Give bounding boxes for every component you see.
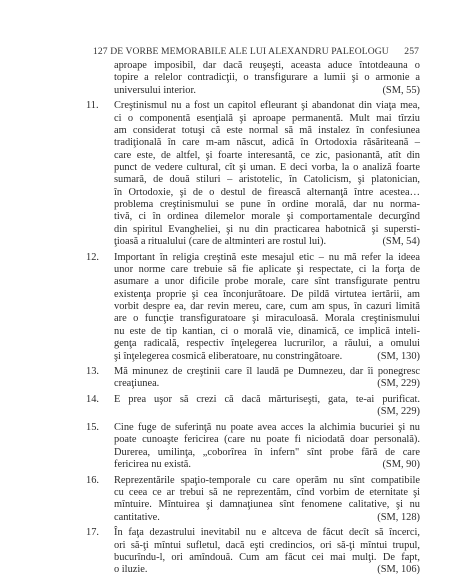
- continuation-paragraph: aproape imposibil, dar dacă reuşeşti, ac…: [86, 60, 420, 97]
- text-line: Important în religia creştină este mesaj…: [114, 252, 420, 264]
- text-line: din spiritul Evangheliei, şi nu din prac…: [114, 224, 420, 236]
- text-line: cu ceea ce ar trebui să ne reprezentăm, …: [114, 487, 420, 499]
- text-line: Creştinismul nu a fost un capitol efleur…: [114, 100, 420, 112]
- text-line: sumară, de două stiluri – aristotelic, î…: [114, 174, 420, 186]
- text-line: unor norme care trebuie să fie aplicate …: [114, 264, 420, 276]
- quote-item: 12.Important în religia creştină este me…: [86, 252, 420, 363]
- text-line: Durerea, umilinţa, „coborîrea în infern"…: [114, 447, 420, 459]
- source-citation: (SM, 229): [377, 378, 420, 390]
- text-line: punct de vedere cultural, cît şi uman. E…: [114, 162, 420, 174]
- text-line: universului interior.(SM, 55): [114, 85, 420, 97]
- source-citation: (SM, 229): [377, 406, 420, 418]
- text-line: tradiţională în care m-am născut, adică …: [114, 137, 420, 149]
- quote-item: 16.Reprezentările spaţio-temporale cu ca…: [86, 475, 420, 524]
- text-line: are o funcţie transfiguratoare şi miracu…: [114, 313, 420, 325]
- text-line: cantitative.(SM, 128): [114, 512, 420, 524]
- page-body: aproape imposibil, dar dacă reuşeşti, ac…: [86, 60, 420, 580]
- item-number: 16.: [86, 475, 108, 487]
- running-header: 127 DE VORBE MEMORABILE ALE LUI ALEXANDR…: [93, 46, 419, 57]
- source-citation: (SM, 130): [377, 351, 420, 363]
- running-title: 127 DE VORBE MEMORABILE ALE LUI ALEXANDR…: [93, 46, 389, 57]
- text-line: asumare a unor dificile probe morale, ca…: [114, 276, 420, 288]
- text-line: În faţa dezastrului inevitabil nu e altc…: [114, 527, 420, 539]
- item-number: 12.: [86, 252, 108, 264]
- text-line: mîntuire. Mîntuirea şi damnaţiunea sînt …: [114, 499, 420, 511]
- text-line: creaţiunea.(SM, 229): [114, 378, 420, 390]
- quote-list: 11.Creştinismul nu a fost un capitol efl…: [86, 100, 420, 577]
- quote-item: 14.E prea uşor să crezi că dacă mărturis…: [86, 394, 420, 419]
- quote-item: 17.În faţa dezastrului inevitabil nu e a…: [86, 527, 420, 576]
- text-line: care este, de altfel, şi foarte interesa…: [114, 150, 420, 162]
- text-line: tivă, ci în ordinea dilemelor morale şi …: [114, 211, 420, 223]
- source-citation: (SM, 55): [382, 85, 420, 97]
- text-line: Mă minunez de creştinii care îl laudă pe…: [114, 366, 420, 378]
- item-number: 14.: [86, 394, 108, 406]
- text-line: Cine fuge de suferinţă nu poate avea acc…: [114, 422, 420, 434]
- text-line: (SM, 229): [114, 406, 420, 418]
- quote-item: 15.Cine fuge de suferinţă nu poate avea …: [86, 422, 420, 471]
- source-citation: (SM, 128): [377, 512, 420, 524]
- text-line: Reprezentările spaţio-temporale cu care …: [114, 475, 420, 487]
- item-number: 15.: [86, 422, 108, 434]
- text-line: E prea uşor să crezi că dacă mărturiseşt…: [114, 394, 420, 406]
- quote-item: 11.Creştinismul nu a fost un capitol efl…: [86, 100, 420, 248]
- text-line: nu este de tip kantian, ci o morală vie,…: [114, 326, 420, 338]
- text-line: ci o componentă esenţială şi aproape per…: [114, 113, 420, 125]
- quote-item: 13.Mă minunez de creştinii care îl laudă…: [86, 366, 420, 391]
- text-line: şi înţelegerea cosmică eliberatoare, nu …: [114, 351, 420, 363]
- page-number: 257: [404, 46, 419, 57]
- text-line: existenţa proprie şi cea înconjurătoare.…: [114, 289, 420, 301]
- text-line: ţioasă a ritualului (care de altminteri …: [114, 236, 420, 248]
- source-citation: (SM, 106): [377, 564, 420, 576]
- text-line: poate cunoaşte fericirea (care nu poate …: [114, 434, 420, 446]
- text-line: aproape imposibil, dar dacă reuşeşti, ac…: [114, 60, 420, 72]
- text-line: genţa radicală, respectiv înţelegerea lu…: [114, 338, 420, 350]
- text-line: vorbit despre ea, dar revin mereu, care,…: [114, 301, 420, 313]
- text-line: o iluzie.(SM, 106): [114, 564, 420, 576]
- text-line: topire a relelor contradicţii, o transfi…: [114, 72, 420, 84]
- item-number: 13.: [86, 366, 108, 378]
- text-line: bucurîndu-l, ori amîndouă. Cum am făcut …: [114, 552, 420, 564]
- text-line: în Ortodoxie, şi de o destul de firească…: [114, 187, 420, 199]
- text-line: am considerat totuşi că este normal să m…: [114, 125, 420, 137]
- source-citation: (SM, 54): [382, 236, 420, 248]
- item-number: 17.: [86, 527, 108, 539]
- source-citation: (SM, 90): [382, 459, 420, 471]
- text-line: fericirea nu există.(SM, 90): [114, 459, 420, 471]
- text-line: problema creştinismului se pune în ordin…: [114, 199, 420, 211]
- item-number: 11.: [86, 100, 108, 112]
- text-line: ori să-ţi mîntui sufletul, dacă eşti cre…: [114, 540, 420, 552]
